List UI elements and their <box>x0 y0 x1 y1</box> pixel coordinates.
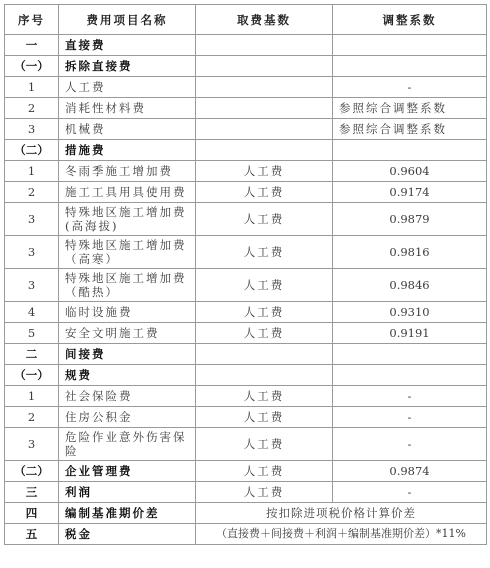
cell-coef: 0.9174 <box>333 182 487 203</box>
cell-merged-note: 按扣除进项税价格计算价差 <box>196 503 487 524</box>
table-row: 3 机械费 参照综合调整系数 <box>5 119 487 140</box>
cell-base <box>196 119 333 140</box>
cell-coef: - <box>333 77 487 98</box>
table-row: 2 施工工具用具使用费 人工费 0.9174 <box>5 182 487 203</box>
cell-base <box>196 140 333 161</box>
cell-base: 人工费 <box>196 203 333 236</box>
cell-name: 税金 <box>59 524 196 545</box>
cell-base: 人工费 <box>196 182 333 203</box>
cell-name: 间接费 <box>59 344 196 365</box>
cell-merged-formula: （直接费＋间接费＋利润＋编制基准期价差）*11% <box>196 524 487 545</box>
cell-coef: 参照综合调整系数 <box>333 98 487 119</box>
cell-no: 1 <box>5 161 59 182</box>
cell-base: 人工费 <box>196 407 333 428</box>
table-row: 四 编制基准期价差 按扣除进项税价格计算价差 <box>5 503 487 524</box>
header-base: 取费基数 <box>196 5 333 35</box>
cell-coef: - <box>333 386 487 407</box>
cell-base: 人工费 <box>196 482 333 503</box>
table-row: 3 特殊地区施工增加费（高寒） 人工费 0.9816 <box>5 236 487 269</box>
cell-coef: 0.9310 <box>333 302 487 323</box>
cell-no: 1 <box>5 386 59 407</box>
table-row: 3 特殊地区施工增加费(高海拔) 人工费 0.9879 <box>5 203 487 236</box>
cell-coef: 0.9874 <box>333 461 487 482</box>
cell-base <box>196 344 333 365</box>
cell-base: 人工费 <box>196 161 333 182</box>
table-row: 三 利润 人工费 - <box>5 482 487 503</box>
cell-coef <box>333 56 487 77</box>
table-row: 3 特殊地区施工增加费（酷热） 人工费 0.9846 <box>5 269 487 302</box>
cell-no: 3 <box>5 428 59 461</box>
cell-no: 一 <box>5 35 59 56</box>
cell-coef <box>333 140 487 161</box>
cell-name: 直接费 <box>59 35 196 56</box>
cell-name: 规费 <box>59 365 196 386</box>
cell-no: 1 <box>5 77 59 98</box>
cell-coef <box>333 344 487 365</box>
cell-no: （二） <box>5 461 59 482</box>
cell-no: 3 <box>5 269 59 302</box>
cell-name: 企业管理费 <box>59 461 196 482</box>
cell-base: 人工费 <box>196 236 333 269</box>
cell-no: 5 <box>5 323 59 344</box>
cell-base <box>196 35 333 56</box>
cell-base: 人工费 <box>196 323 333 344</box>
table-row: 一 直接费 <box>5 35 487 56</box>
cell-name: 拆除直接费 <box>59 56 196 77</box>
cell-name: 危险作业意外伤害保险 <box>59 428 196 461</box>
cell-no: （一） <box>5 365 59 386</box>
cell-no: 2 <box>5 182 59 203</box>
cell-no: （二） <box>5 140 59 161</box>
cell-no: 三 <box>5 482 59 503</box>
cell-name: 编制基准期价差 <box>59 503 196 524</box>
table-row: 二 间接费 <box>5 344 487 365</box>
cell-name: 临时设施费 <box>59 302 196 323</box>
cell-name: 特殊地区施工增加费(高海拔) <box>59 203 196 236</box>
cell-coef <box>333 35 487 56</box>
table-row: 4 临时设施费 人工费 0.9310 <box>5 302 487 323</box>
cell-base <box>196 77 333 98</box>
cell-base <box>196 365 333 386</box>
table-row: 2 住房公积金 人工费 - <box>5 407 487 428</box>
cell-name: 施工工具用具使用费 <box>59 182 196 203</box>
cell-coef: 0.9816 <box>333 236 487 269</box>
cell-no: 2 <box>5 407 59 428</box>
cell-name: 特殊地区施工增加费（酷热） <box>59 269 196 302</box>
cell-name: 冬雨季施工增加费 <box>59 161 196 182</box>
cell-no: （一） <box>5 56 59 77</box>
cell-name: 措施费 <box>59 140 196 161</box>
cell-coef: 0.9879 <box>333 203 487 236</box>
cell-base: 人工费 <box>196 302 333 323</box>
cell-coef: - <box>333 407 487 428</box>
cell-base <box>196 56 333 77</box>
cell-coef: 0.9846 <box>333 269 487 302</box>
cell-no: 2 <box>5 98 59 119</box>
header-no: 序号 <box>5 5 59 35</box>
table-header-row: 序号 费用项目名称 取费基数 调整系数 <box>5 5 487 35</box>
table-row: （一） 拆除直接费 <box>5 56 487 77</box>
cell-name: 消耗性材料费 <box>59 98 196 119</box>
header-name: 费用项目名称 <box>59 5 196 35</box>
table-row: 1 人工费 - <box>5 77 487 98</box>
table-row: 1 冬雨季施工增加费 人工费 0.9604 <box>5 161 487 182</box>
cell-name: 住房公积金 <box>59 407 196 428</box>
fee-adjustment-table: 序号 费用项目名称 取费基数 调整系数 一 直接费 （一） 拆除直接费 1 人工… <box>4 4 487 545</box>
cell-coef: 0.9604 <box>333 161 487 182</box>
table-row: 5 安全文明施工费 人工费 0.9191 <box>5 323 487 344</box>
cell-no: 4 <box>5 302 59 323</box>
table-row: 1 社会保险费 人工费 - <box>5 386 487 407</box>
cell-base <box>196 98 333 119</box>
cell-no: 四 <box>5 503 59 524</box>
cell-coef: 0.9191 <box>333 323 487 344</box>
cell-name: 安全文明施工费 <box>59 323 196 344</box>
cell-no: 3 <box>5 236 59 269</box>
table-row: 五 税金 （直接费＋间接费＋利润＋编制基准期价差）*11% <box>5 524 487 545</box>
table-row: （二） 措施费 <box>5 140 487 161</box>
cell-coef <box>333 365 487 386</box>
cell-coef: 参照综合调整系数 <box>333 119 487 140</box>
cell-name: 特殊地区施工增加费（高寒） <box>59 236 196 269</box>
header-coef: 调整系数 <box>333 5 487 35</box>
cell-coef: - <box>333 482 487 503</box>
cell-no: 3 <box>5 119 59 140</box>
cell-name: 机械费 <box>59 119 196 140</box>
cell-name: 社会保险费 <box>59 386 196 407</box>
table-row: 3 危险作业意外伤害保险 人工费 - <box>5 428 487 461</box>
table-row: （二） 企业管理费 人工费 0.9874 <box>5 461 487 482</box>
cell-base: 人工费 <box>196 269 333 302</box>
cell-base: 人工费 <box>196 461 333 482</box>
cell-no: 3 <box>5 203 59 236</box>
table-row: （一） 规费 <box>5 365 487 386</box>
cell-name: 人工费 <box>59 77 196 98</box>
cell-name: 利润 <box>59 482 196 503</box>
cell-no: 五 <box>5 524 59 545</box>
cell-coef: - <box>333 428 487 461</box>
cell-base: 人工费 <box>196 386 333 407</box>
cell-base: 人工费 <box>196 428 333 461</box>
table-row: 2 消耗性材料费 参照综合调整系数 <box>5 98 487 119</box>
cell-no: 二 <box>5 344 59 365</box>
